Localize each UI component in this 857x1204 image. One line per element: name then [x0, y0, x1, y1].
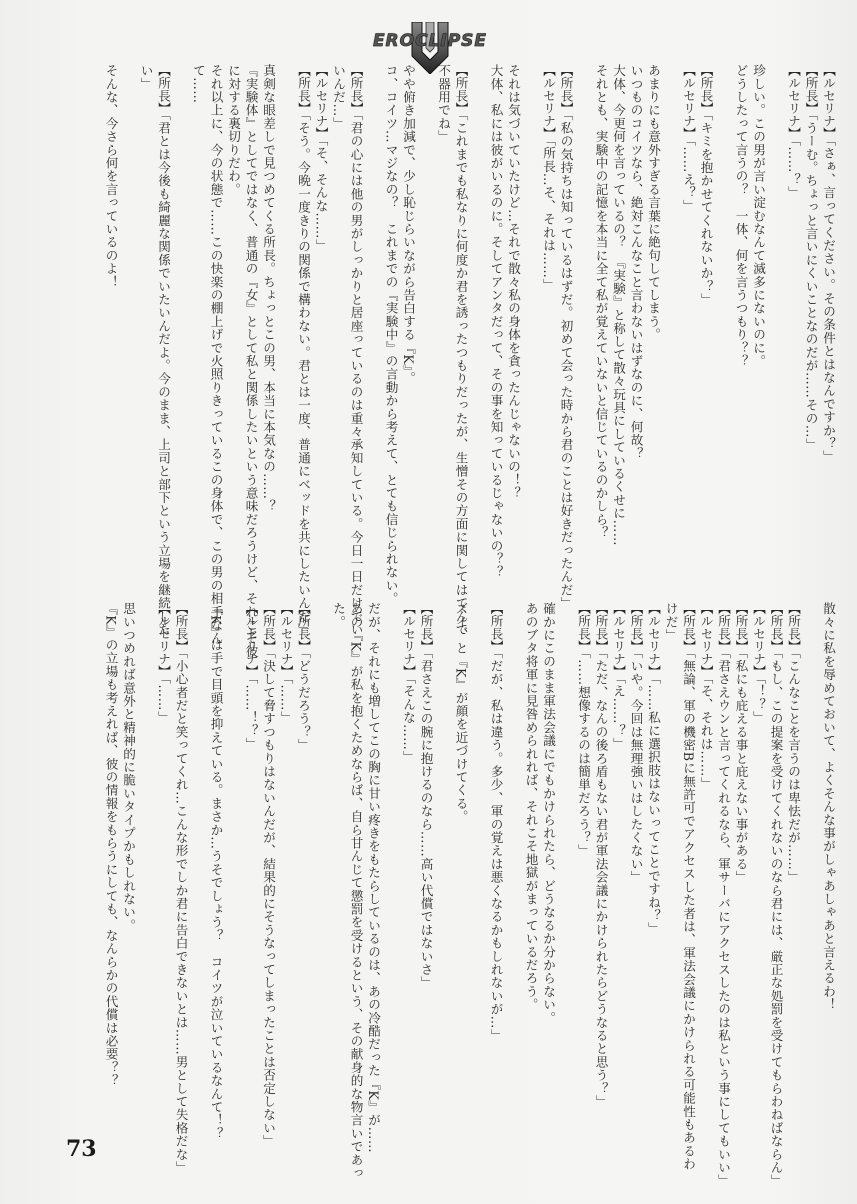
narration-line: 『K』は手で目頭を抑えている。まさか…うそでしょう？ コイツが泣いているなんて！…	[207, 602, 225, 1132]
dialogue-line: 【ルセリナ】「そ、そんな……」	[312, 64, 330, 594]
speaker-tag: 【ルセリナ】	[821, 64, 836, 140]
dialogue-text: 「うーむ。ちょっと言いにくいことなのだが……その…」	[804, 114, 819, 451]
narration-line: ズイ、と『K』が顔を近づけてくる。	[452, 602, 470, 1132]
paragraph-gap	[802, 602, 820, 1132]
speaker-tag: 【所長】	[699, 64, 714, 114]
dialogue-line: 【ルセリナ】「！？」	[750, 602, 768, 1132]
narration-line: いつものコイツなら、絶対こんなこと言わないはずなのに、何故？	[627, 64, 645, 594]
speaker-tag: 【所長】	[629, 602, 644, 652]
paragraph-gap	[522, 64, 540, 594]
dialogue-text: 「そう。今晩一度きりの関係で構わない。君とは一度、普通にベッドを共にしたいんだ」	[296, 114, 311, 636]
speaker-tag: 【所長】	[174, 602, 189, 652]
dialogue-line: 【ルセリナ】「……！？」	[242, 602, 260, 1132]
dialogue-line: 【所長】「小心者だと笑ってくれ…こんな形でしか君に告白できないとは……男として失…	[172, 602, 190, 1132]
dialogue-line: 【所長】「ただ、なんの後ろ盾もない君が軍法会議にかけられたらどうなると思う？」	[592, 602, 610, 1132]
paragraph-gap	[767, 64, 785, 594]
speaker-tag: 【ルセリナ】	[279, 602, 294, 678]
dialogue-text: 「私にも庇える事と庇えない事がある」	[734, 652, 749, 883]
dialogue-line: 【ルセリナ】「……え？」	[680, 64, 698, 594]
dialogue-line: 【所長】「だが、私は違う。多少、軍の覚えは悪くなるかもしれないが…」	[487, 602, 505, 1132]
paragraph-gap	[312, 602, 330, 1132]
paragraph-gap	[557, 602, 575, 1132]
dialogue-text: 「もし、この提案を受けてくれないのなら君には、厳正な処罰を受けてもらわねばならん…	[769, 652, 784, 1187]
dialogue-line: 【所長】「君さえウンと言ってくれるなら、軍サーバにアクセスしたのは私という事にし…	[715, 602, 733, 1132]
paragraph-gap	[575, 64, 593, 594]
speaker-tag: 【ルセリナ】	[699, 602, 714, 678]
speaker-tag: 【所長】	[594, 602, 609, 652]
dialogue-line: 【ルセリナ】「……」	[277, 602, 295, 1132]
dialogue-text: 「……想像するのは簡単だろう？」	[576, 652, 591, 857]
page-number: 73	[66, 1136, 97, 1162]
dialogue-line: 【所長】「君さえこの腕に抱けるのなら……高い代償ではないさ」	[417, 602, 435, 1132]
speaker-tag: 【ルセリナ】	[156, 602, 171, 678]
dialogue-text: 「君とは今後も綺麗な関係でいたいんだよ。今のまま、上司と部下という立場を継続した	[156, 114, 171, 636]
speaker-tag: 【所長】	[681, 602, 696, 652]
dialogue-text: 「どうだろう？」	[296, 652, 311, 751]
narration-line: 大体、私には彼がいるのに。そしてアンタだって、その事を知っているじゃないの？？	[487, 64, 505, 594]
dialogue-text: 「君の心には他の男がしっかりと居座っているのは重々承知している。今日一日だけでい	[349, 114, 364, 636]
paragraph-gap	[470, 602, 488, 1132]
narration-line: 確かにこのまま軍法会議にでもかけられたら、どうなるか分からない。	[540, 602, 558, 1132]
paragraph-gap	[190, 602, 208, 1132]
dialogue-line: 【ルセリナ】「そ、それは……」	[697, 602, 715, 1132]
narration-line: それ以上に、今の状態で……この快楽の棚上げで火照りきっているこの身体で、この男の…	[207, 64, 225, 594]
dialogue-line: 【所長】「君とは今後も綺麗な関係でいたいんだよ。今のまま、上司と部下という立場を…	[155, 64, 173, 594]
speaker-tag: 【所長】	[769, 602, 784, 652]
narration-line: 大体、今更何を言っているの？ 『実験』と称して散々玩具にしているくせに……	[610, 64, 628, 594]
speaker-tag: 【所長】	[261, 602, 276, 652]
speaker-tag: 【所長】	[296, 602, 311, 652]
narration-line: あのブタ将軍に見咎められれば、それこそ地獄がまっているだろう。	[522, 602, 540, 1132]
speaker-tag: 【所長】	[804, 64, 819, 114]
dialogue-line: 【所長】「これまでも私なりに何度か君を誘ったつもりだったが、生憎その方面に関して…	[452, 64, 470, 594]
dialogue-text: 「……え？」	[681, 140, 696, 213]
dialogue-line: 【所長】「決して脅すつもりはないんだが、結果的にそうなってしまったことは否定しな…	[260, 602, 278, 1132]
dialogue-text: 「無論、軍の機密Bに無許可でアクセスした者は、軍法会議にかけられる可能性もあるわ	[681, 652, 696, 1170]
dialogue-text: 「私の気持ちは知っているはずだ。初めて会った時から君のことは好きだったんだ」	[559, 114, 574, 609]
speaker-tag: 【ルセリナ】	[541, 64, 556, 140]
dialogue-line: 【所長】「私にも庇える事と庇えない事がある」	[732, 602, 750, 1132]
speaker-tag: 【ルセリナ】	[751, 602, 766, 678]
dialogue-text: 「こんなことを言うのは卑怯だが……」	[786, 652, 801, 883]
narration-line: 散々に私を辱めておいて、よくそんな事がしゃあしゃあと言えるわ！	[820, 602, 838, 1132]
narration-line: あの『K』が私を抱くためならば、自ら甘んじて懲罰を受けるという、その献身的な物言…	[347, 602, 365, 1132]
speaker-tag: 【ルセリナ】	[611, 602, 626, 678]
narration-line: やや俯き加減で、少し恥じらいながら告白する『K』。	[400, 64, 418, 594]
lower-text-tier: 散々に私を辱めておいて、よくそんな事がしゃあしゃあと言えるわ！【所長】「こんなこ…	[60, 602, 837, 1132]
dialogue-line: 【所長】「こんなことを言うのは卑怯だが……」	[785, 602, 803, 1132]
speaker-tag: 【所長】	[419, 602, 434, 652]
dialogue-line: 【所長】「うーむ。ちょっと言いにくいことなのだが……その…」	[802, 64, 820, 594]
dialogue-line: 【所長】「いや。今回は無理強いはしたくない」	[627, 602, 645, 1132]
dialogue-line: 【所長】「もし、この提案を受けてくれないのなら君には、厳正な処罰を受けてもらわね…	[767, 602, 785, 1132]
speaker-tag: 【所長】	[734, 602, 749, 652]
speaker-tag: 【ルセリナ】	[646, 602, 661, 678]
speaker-tag: 【所長】	[716, 602, 731, 652]
speaker-tag: 【所長】	[559, 64, 574, 114]
paragraph-gap	[120, 64, 138, 594]
narration-line: 『K』の立場も考えれば、彼の情報をもらうにしても、なんらかの代償は必要？？	[102, 602, 120, 1132]
dialogue-line: 【ルセリナ】「……私に選択肢はないってことですね？」	[645, 602, 663, 1132]
continuation-line: い」	[137, 64, 155, 594]
narration-line: た。	[330, 602, 348, 1132]
continuation-line: 不器用でね」	[435, 64, 453, 594]
dialogue-text: 「いや。今回は無理強いはしたくない」	[629, 652, 644, 883]
dialogue-text: 「だが、私は違う。多少、軍の覚えは悪くなるかもしれないが…」	[489, 652, 504, 1042]
dialogue-line: 【所長】「キミを抱かせてくれないか？」	[697, 64, 715, 594]
continuation-line: いんだ…」	[330, 64, 348, 594]
paragraph-gap	[662, 64, 680, 594]
dialogue-text: 「所長…そ、それは……」	[541, 140, 556, 292]
dialogue-text: 「さぁ、言ってください。その条件とはなんですか？」	[821, 140, 836, 464]
paragraph-gap	[435, 602, 453, 1132]
dialogue-text: 「君さえこの腕に抱けるのなら……高い代償ではないさ」	[419, 652, 434, 989]
dialogue-text: 「ただ、なんの後ろ盾もない君が軍法会議にかけられたらどうなると思う？」	[594, 652, 609, 1108]
speaker-tag: 【ルセリナ】	[244, 602, 259, 678]
speaker-tag: 【所長】	[576, 602, 591, 652]
dialogue-line: 【所長】「君の心には他の男がしっかりと居座っているのは重々承知している。今日一日…	[347, 64, 365, 594]
narration-line: そんな、今さら何を言っているのよ！	[102, 64, 120, 594]
paragraph-gap	[277, 64, 295, 594]
narration-line: 珍しい。この男が言い淀むなんて滅多にないのに。	[750, 64, 768, 594]
paragraph-gap	[365, 64, 383, 594]
narration-line: 『実験体』としてではなく、普通の『女』として私と関係したいという意味だろうけど、…	[242, 64, 260, 594]
speaker-tag: 【ルセリナ】	[786, 64, 801, 140]
dialogue-line: 【ルセリナ】「……？」	[785, 64, 803, 594]
book-page: EROCLIPSE 【ルセリナ】「さぁ、言ってください。その条件とはなんですか？…	[0, 0, 857, 1204]
paragraph-gap	[225, 602, 243, 1132]
paragraph-gap	[715, 64, 733, 594]
dialogue-line: 【ルセリナ】「そんな……」	[400, 602, 418, 1132]
dialogue-text: 「……」	[156, 678, 171, 725]
dialogue-text: 「え……？」	[611, 678, 626, 751]
paragraph-gap	[172, 64, 190, 594]
logo-wordmark: EROCLIPSE	[350, 30, 510, 52]
speaker-tag: 【ルセリナ】	[314, 64, 329, 140]
narration-line: 真剣な眼差しで見つめてくる所長。ちょっとこの男、本当に本気なの……？	[260, 64, 278, 594]
dialogue-line: 【所長】「無論、軍の機密Bに無許可でアクセスした者は、軍法会議にかけられる可能性…	[680, 602, 698, 1132]
narration-line: 思いつめれば意外と精神的に脆いタイプかもしれない。	[120, 602, 138, 1132]
dialogue-text: 「……？」	[786, 140, 801, 200]
dialogue-line: 【所長】「そう。今晩一度きりの関係で構わない。君とは一度、普通にベッドを共にした…	[295, 64, 313, 594]
dialogue-text: 「決して脅すつもりはないんだが、結果的にそうなってしまったことは否定しない」	[261, 652, 276, 1147]
speaker-tag: 【所長】	[786, 602, 801, 652]
speaker-tag: 【ルセリナ】	[401, 602, 416, 678]
dialogue-text: 「……！？」	[244, 678, 259, 751]
paragraph-gap	[505, 602, 523, 1132]
narration-line: それは気づいていたけど…それで散々私の身体を貪ったんじゃないの！？	[505, 64, 523, 594]
dialogue-line: 【所長】「……想像するのは簡単だろう？」	[575, 602, 593, 1132]
dialogue-line: 【ルセリナ】「所長…そ、それは……」	[540, 64, 558, 594]
dialogue-text: 「これまでも私なりに何度か君を誘ったつもりだったが、生憎その方面に関してはてんで	[454, 114, 469, 636]
narration-line: て……	[190, 64, 208, 594]
dialogue-text: 「君さえウンと言ってくれるなら、軍サーバにアクセスしたのは私という事にしてもいい…	[716, 652, 731, 1187]
narration-line: に対する裏切りだわ。	[225, 64, 243, 594]
dialogue-text: 「小心者だと笑ってくれ…こんな形でしか君に告白できないとは……男として失格だな」	[174, 652, 189, 1174]
dialogue-text: 「！？」	[751, 678, 766, 725]
dialogue-line: 【ルセリナ】「さぁ、言ってください。その条件とはなんですか？」	[820, 64, 838, 594]
paragraph-gap	[137, 602, 155, 1132]
dialogue-line: 【所長】「私の気持ちは知っているはずだ。初めて会った時から君のことは好きだったん…	[557, 64, 575, 594]
dialogue-line: 【ルセリナ】「……」	[155, 602, 173, 1132]
narration-line: どうしたって言うの？ 一体、何を言うつもり？？	[732, 64, 750, 594]
dialogue-text: 「そ、それは……」	[699, 678, 714, 791]
speaker-tag: 【所長】	[296, 64, 311, 114]
narration-line: それとも、実験中の記憶を本当に全て私が覚えていないと信じているのかしら？	[592, 64, 610, 594]
narration-line: だが、それにも増してこの胸に甘い疼きをもたらしているのは、あの冷酷だった『K』が…	[365, 602, 383, 1132]
dialogue-line: 【所長】「どうだろう？」	[295, 602, 313, 1132]
dialogue-text: 「……」	[279, 678, 294, 725]
dialogue-text: 「……私に選択肢はないってことですね？」	[646, 678, 661, 936]
dialogue-text: 「そんな……」	[401, 678, 416, 764]
speaker-tag: 【所長】	[349, 64, 364, 114]
speaker-tag: 【所長】	[454, 64, 469, 114]
paragraph-gap	[417, 64, 435, 594]
dialogue-text: 「キミを抱かせてくれないか？」	[699, 114, 714, 306]
upper-text-tier: 【ルセリナ】「さぁ、言ってください。その条件とはなんですか？」【所長】「うーむ。…	[60, 64, 837, 594]
dialogue-text: 「そ、そんな……」	[314, 140, 329, 253]
speaker-tag: 【ルセリナ】	[681, 64, 696, 140]
continuation-line: けだ」	[662, 602, 680, 1132]
speaker-tag: 【所長】	[489, 602, 504, 652]
speaker-tag: 【所長】	[156, 64, 171, 114]
narration-line: あまりにも意外すぎる言葉に絶句してしまう。	[645, 64, 663, 594]
dialogue-line: 【ルセリナ】「え……？」	[610, 602, 628, 1132]
paragraph-gap	[382, 602, 400, 1132]
narration-line: コ、コイツ…マジなの？ これまでの『実験中』の言動から考えて、とても信じられない…	[382, 64, 400, 594]
paragraph-gap	[470, 64, 488, 594]
